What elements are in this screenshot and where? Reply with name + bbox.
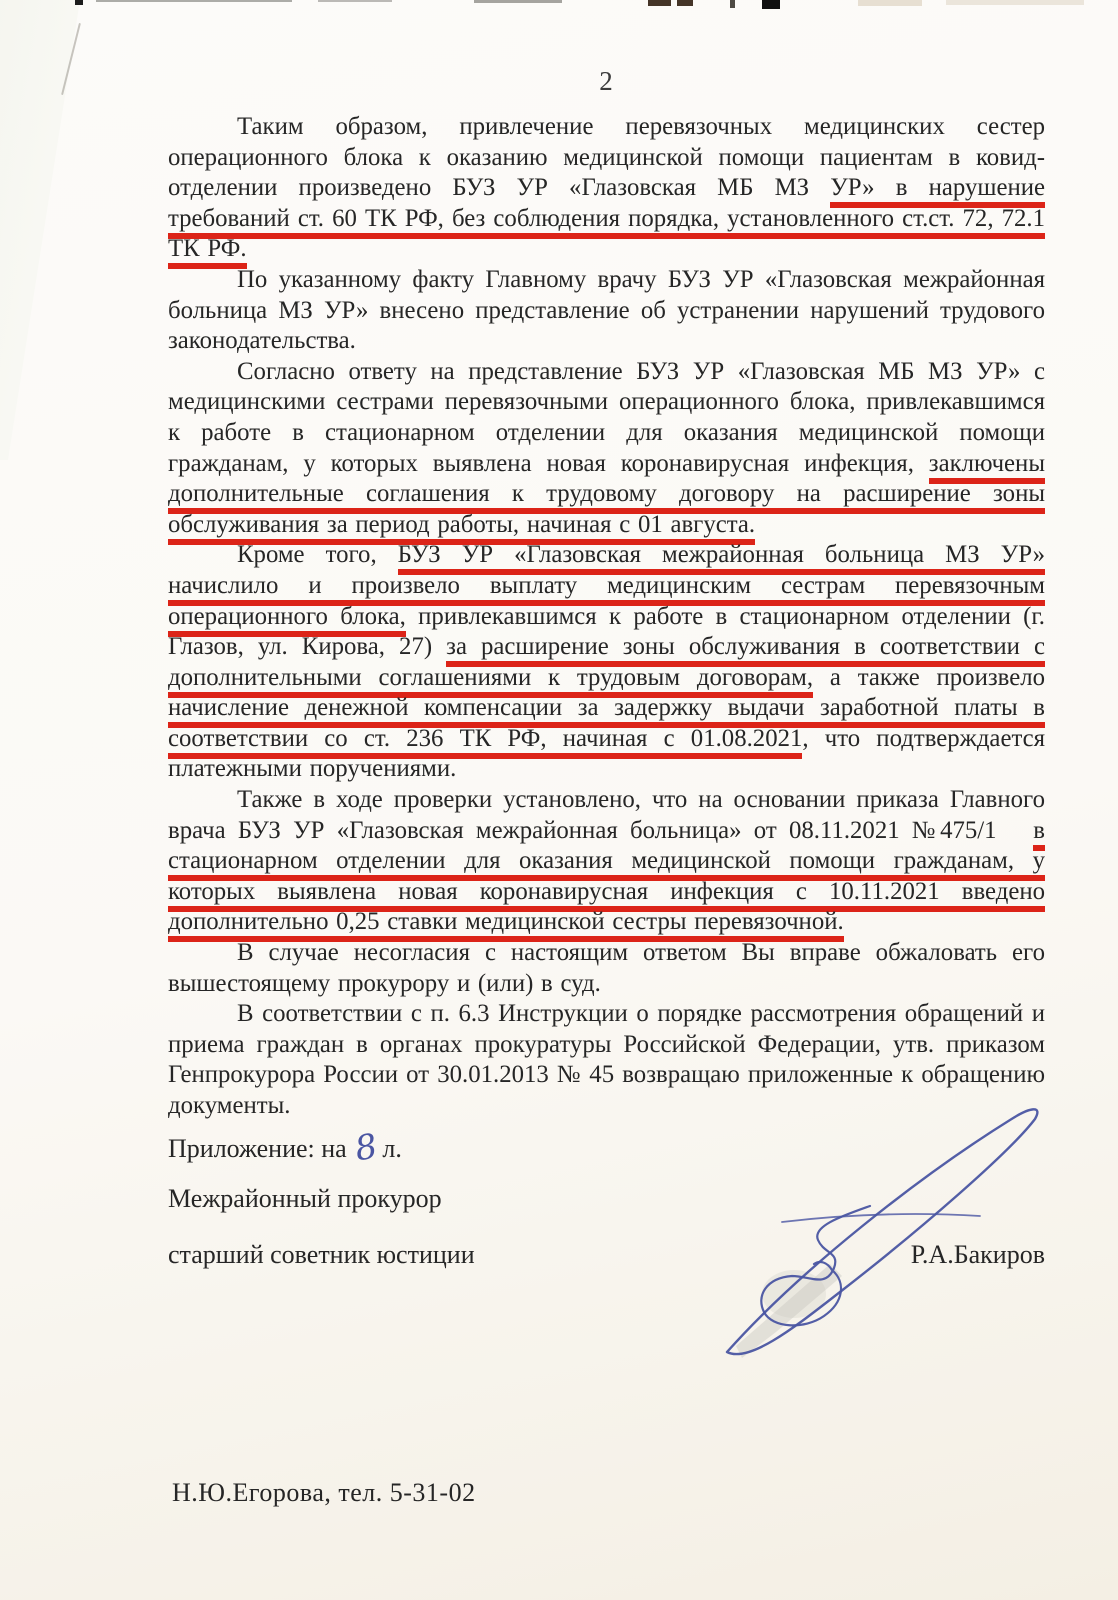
scan-artifact	[677, 0, 693, 6]
signatory-title-line-1: Межрайонный прокурор	[168, 1184, 442, 1214]
scan-artifact	[648, 0, 671, 6]
paragraph-2: По указанному факту Главному врачу БУЗ У…	[168, 265, 1045, 357]
handwritten-sheet-count: 8	[352, 1126, 380, 1169]
attachment-line: Приложение: на8л.	[168, 1126, 402, 1166]
scan-artifact	[730, 0, 735, 8]
signature-shading	[736, 1264, 842, 1358]
signatory-title-line-2: старший советник юстиции	[168, 1240, 475, 1270]
scanned-document-page: 2 Таким образом, привлечение перевязочны…	[0, 0, 1118, 1600]
text-run: Согласно ответу на представление БУЗ УР …	[168, 358, 1045, 477]
scan-artifact	[318, 0, 392, 2]
scan-artifact	[75, 0, 83, 5]
paragraph-6: В случае несогласия с настоящим ответом …	[168, 938, 1045, 999]
page-fold-shadow	[0, 0, 95, 460]
attachment-suffix: л.	[382, 1134, 401, 1163]
text-run: По указанному факту Главному врачу БУЗ У…	[168, 266, 1045, 354]
text-run: Также в ходе проверки установлено, что н…	[168, 786, 1045, 844]
scan-artifact	[858, 0, 922, 6]
signature-main-flourish	[727, 1109, 1037, 1354]
scan-artifact	[946, 0, 1084, 5]
paragraph-4: Кроме того, БУЗ УР «Глазовская межрайонн…	[168, 540, 1045, 785]
text-run: В случае несогласия с настоящим ответом …	[168, 939, 1045, 997]
paragraph-3: Согласно ответу на представление БУЗ УР …	[168, 357, 1045, 541]
paragraph-5: Также в ходе проверки установлено, что н…	[168, 785, 1045, 938]
signatory-row: старший советник юстиции Р.А.Бакиров	[168, 1240, 1045, 1270]
text-run: а также произвело	[813, 664, 1045, 691]
contact-footer: Н.Ю.Егорова, тел. 5-31-02	[172, 1478, 476, 1508]
scan-artifact	[474, 0, 562, 3]
paragraph-7: В соответствии с п. 6.3 Инструкции о пор…	[168, 999, 1045, 1121]
paragraph-1: Таким образом, привлечение перевязочных …	[168, 112, 1045, 265]
document-body: Таким образом, привлечение перевязочных …	[168, 112, 1045, 1122]
scan-artifact	[762, 0, 780, 9]
text-run: В соответствии с п. 6.3 Инструкции о пор…	[168, 1000, 1045, 1119]
scan-artifact	[96, 0, 292, 2]
page-number: 2	[168, 66, 1045, 97]
signatory-name: Р.А.Бакиров	[911, 1240, 1045, 1270]
signature-shading	[762, 1270, 826, 1318]
signature-cross-line	[782, 1214, 980, 1222]
text-run: Кроме того,	[237, 541, 398, 568]
attachment-prefix: Приложение: на	[168, 1134, 347, 1163]
